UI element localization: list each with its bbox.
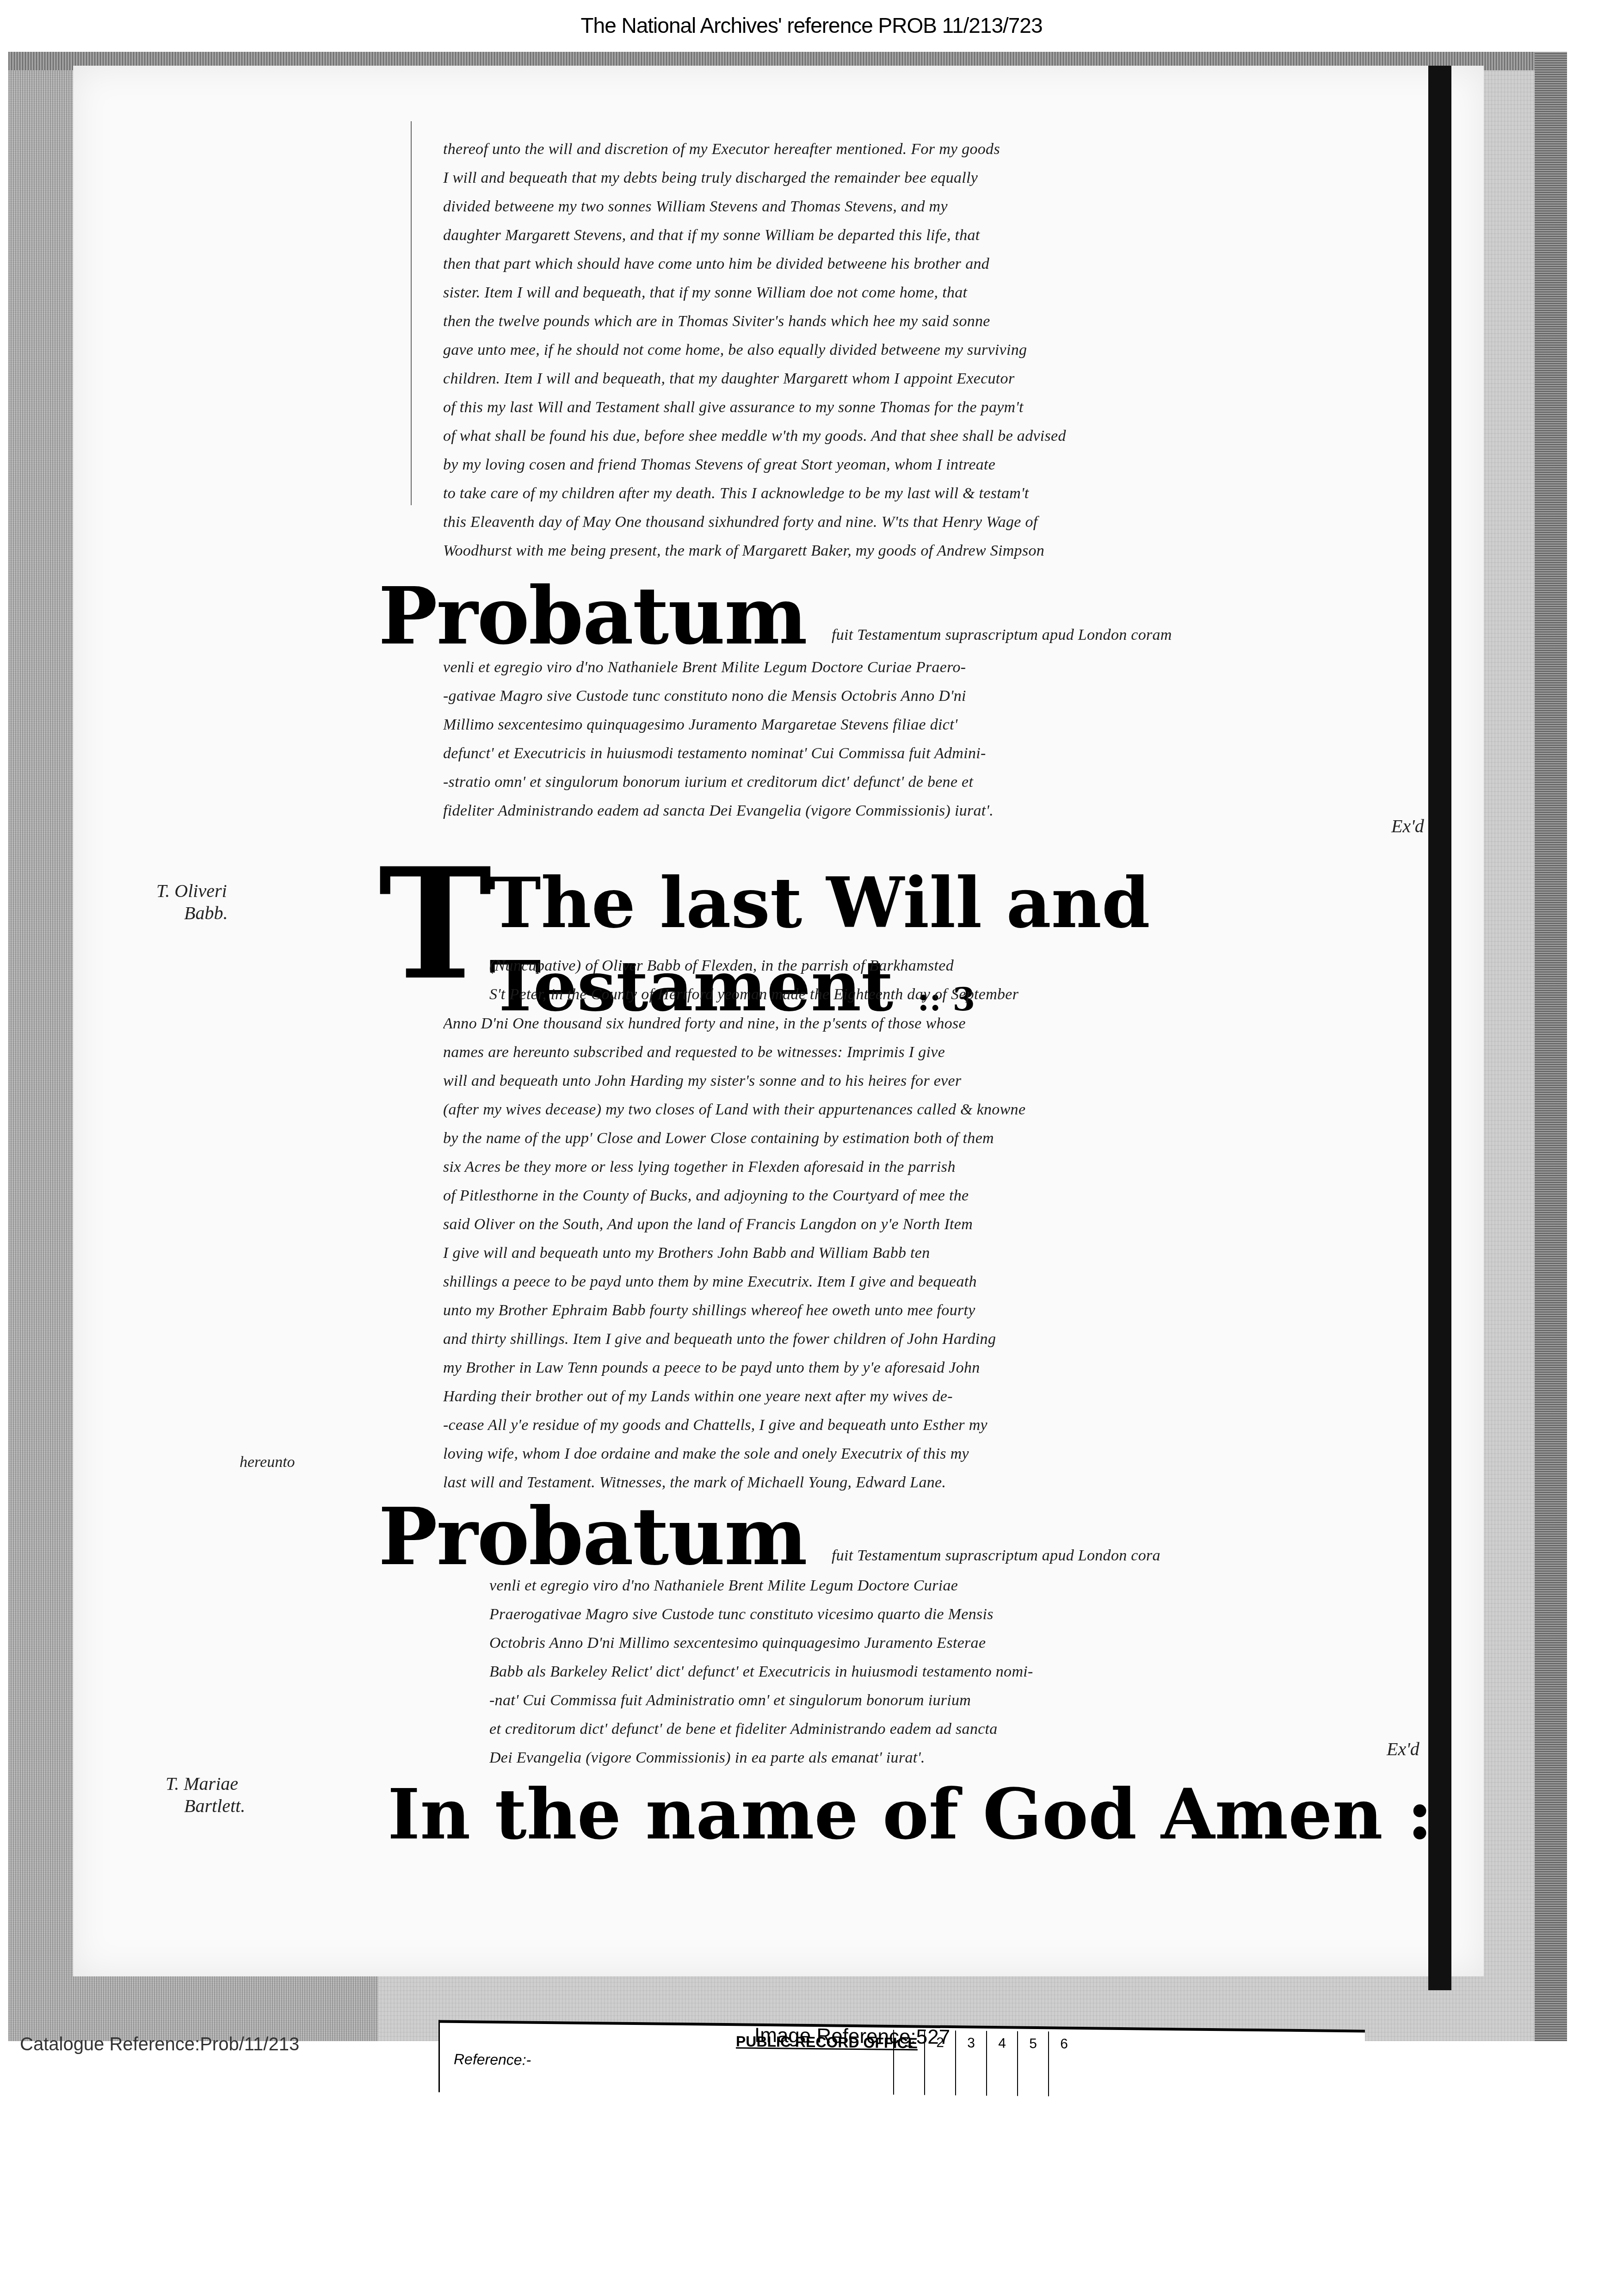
text-line: Octobris Anno D'ni Millimo sexcentesimo … <box>489 1629 1461 1658</box>
text-line: Harding their brother out of my Lands wi… <box>443 1382 1461 1411</box>
text-line: then that part which should have come un… <box>443 250 1461 278</box>
text-line: daughter Margarett Stevens, and that if … <box>443 221 1461 250</box>
text-line: children. Item I will and bequeath, that… <box>443 365 1461 393</box>
probate-1-text: venli et egregio viro d'no Nathaniele Br… <box>443 653 1461 825</box>
heading-ornament: : <box>1407 1774 1432 1855</box>
margin-note-line: T. Mariae <box>166 1773 245 1795</box>
manuscript-page: thereof unto the will and discretion of … <box>73 66 1484 1976</box>
text-line: loving wife, whom I doe ordaine and make… <box>443 1440 1461 1468</box>
margin-note-mariae-bartlett: T. Mariae Bartlett. <box>166 1773 245 1817</box>
text-line: Millimo sexcentesimo quinquagesimo Juram… <box>443 711 1461 739</box>
probate-1-first-line: fuit Testamentum suprascriptum apud Lond… <box>832 621 1470 650</box>
text-line: then the twelve pounds which are in Thom… <box>443 307 1461 336</box>
margin-note-hereunto: hereunto <box>240 1451 295 1473</box>
text-line: unto my Brother Ephraim Babb fourty shil… <box>443 1296 1461 1325</box>
reference-columns: 1 2 3 4 5 6 <box>893 2030 1079 2097</box>
reference-column: 4 <box>986 2031 1017 2096</box>
will-2-intro: (Nuncupative) of Oliver Babb of Flexden,… <box>489 952 1461 1009</box>
catalogue-reference: Catalogue Reference:Prob/11/213 <box>20 2034 299 2055</box>
text-line: of what shall be found his due, before s… <box>443 422 1461 451</box>
reference-column: 2 <box>924 2030 955 2096</box>
text-line: divided betweene my two sonnes William S… <box>443 192 1461 221</box>
text-line: gave unto mee, if he should not come hom… <box>443 336 1461 365</box>
reference-label: Reference:- <box>454 2051 531 2069</box>
text-line: fideliter Administrando eadem ad sancta … <box>443 797 1461 825</box>
probatum-heading-2: Probatum <box>378 1491 807 1583</box>
text-line: of Pitlesthorne in the County of Bucks, … <box>443 1182 1461 1210</box>
heading-text: In the name of God Amen <box>388 1774 1383 1855</box>
text-line: and thirty shillings. Item I give and be… <box>443 1325 1461 1354</box>
text-line: names are hereunto subscribed and reques… <box>443 1038 1461 1067</box>
text-line: et creditorum dict' defunct' de bene et … <box>489 1715 1461 1744</box>
margin-note-line: Babb. <box>156 902 228 924</box>
text-line: thereof unto the will and discretion of … <box>443 135 1461 164</box>
text-line: fuit Testamentum suprascriptum apud Lond… <box>832 621 1470 650</box>
reference-card: Reference:- PUBLIC RECORD OFFICE Image R… <box>438 2020 1365 2102</box>
text-line: by my loving cosen and friend Thomas Ste… <box>443 451 1461 479</box>
margin-note-line: Bartlett. <box>166 1795 245 1817</box>
text-line: -gativae Magro sive Custode tunc constit… <box>443 682 1461 711</box>
text-line: -cease All y'e residue of my goods and C… <box>443 1411 1461 1440</box>
text-line: by the name of the upp' Close and Lower … <box>443 1124 1461 1153</box>
text-line: will and bequeath unto John Harding my s… <box>443 1067 1461 1095</box>
scanned-page: thereof unto the will and discretion of … <box>8 52 1567 2041</box>
text-line: of this my last Will and Testament shall… <box>443 393 1461 422</box>
margin-rule <box>411 121 412 505</box>
text-line: (Nuncupative) of Oliver Babb of Flexden,… <box>489 952 1461 980</box>
text-line: -nat' Cui Commissa fuit Administratio om… <box>489 1686 1461 1715</box>
text-line: Anno D'ni One thousand six hundred forty… <box>443 1009 1461 1038</box>
text-line: sister. Item I will and bequeath, that i… <box>443 278 1461 307</box>
examined-mark-1: Ex'd <box>1391 815 1424 837</box>
probatum-heading-1: Probatum <box>378 570 807 662</box>
catalogue-reference-strip: Catalogue Reference:Prob/11/213 <box>8 2025 369 2090</box>
text-line: shillings a peece to be payd unto them b… <box>443 1268 1461 1296</box>
text-line: Woodhurst with me being present, the mar… <box>443 537 1461 565</box>
text-line: Praerogativae Magro sive Custode tunc co… <box>489 1600 1461 1629</box>
text-line: this Eleaventh day of May One thousand s… <box>443 508 1461 537</box>
margin-note-oliver-babb: T. Oliveri Babb. <box>156 880 228 924</box>
text-line: my Brother in Law Tenn pounds a peece to… <box>443 1354 1461 1382</box>
will-3-heading: In the name of God Amen : <box>388 1768 1432 1861</box>
text-line: I give will and bequeath unto my Brother… <box>443 1239 1461 1268</box>
probate-2-text: venli et egregio viro d'no Nathaniele Br… <box>489 1572 1461 1772</box>
text-line: fuit Testamentum suprascriptum apud Lond… <box>832 1541 1470 1570</box>
will-continuation: thereof unto the will and discretion of … <box>443 135 1461 565</box>
reference-column: 3 <box>955 2030 986 2096</box>
text-line: -stratio omn' et singulorum bonorum iuri… <box>443 768 1461 797</box>
reference-column: 5 <box>1017 2031 1048 2097</box>
probate-2-first-line: fuit Testamentum suprascriptum apud Lond… <box>832 1541 1470 1570</box>
text-line: I will and bequeath that my debts being … <box>443 164 1461 192</box>
text-line: six Acres be they more or less lying tog… <box>443 1153 1461 1182</box>
text-line: venli et egregio viro d'no Nathaniele Br… <box>489 1572 1461 1600</box>
will-2-text: Anno D'ni One thousand six hundred forty… <box>443 1009 1461 1497</box>
reference-column: 1 <box>893 2030 924 2095</box>
text-line: to take care of my children after my dea… <box>443 479 1461 508</box>
text-line: (after my wives decease) my two closes o… <box>443 1095 1461 1124</box>
scan-right-edge <box>1535 52 1567 2041</box>
decorated-initial-t: T <box>378 848 492 1000</box>
text-line: defunct' et Executricis in huiusmodi tes… <box>443 739 1461 768</box>
text-line: Babb als Barkeley Relict' dict' defunct'… <box>489 1658 1461 1686</box>
reference-column: 6 <box>1048 2031 1079 2097</box>
examined-mark-2: Ex'd <box>1387 1738 1419 1760</box>
text-line: venli et egregio viro d'no Nathaniele Br… <box>443 653 1461 682</box>
header-reference: The National Archives' reference PROB 11… <box>0 13 1623 38</box>
text-line: said Oliver on the South, And upon the l… <box>443 1210 1461 1239</box>
text-line: S't Peter, in the County of Hertford yeo… <box>489 980 1461 1009</box>
margin-note-line: T. Oliveri <box>156 880 228 902</box>
